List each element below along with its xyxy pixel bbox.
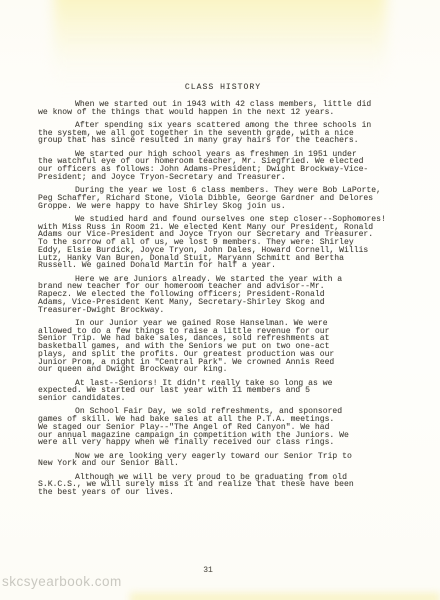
paragraph: In our Junior year we gained Rose Hansel…: [38, 320, 408, 374]
paragraph: When we started out in 1943 with 42 clas…: [38, 101, 408, 117]
paragraph: During the year we lost 6 class members.…: [38, 187, 408, 210]
page-title: CLASS HISTORY: [38, 84, 408, 92]
paragraph: After spending six years scattered among…: [38, 122, 408, 145]
paragraph: At last--Seniors! It didn't really take …: [38, 380, 408, 403]
page-body: CLASS HISTORY When we started out in 194…: [38, 84, 408, 502]
watermark: skcsyearbook.com: [2, 574, 122, 589]
paragraph: On School Fair Day, we sold refreshments…: [38, 408, 408, 447]
scan-discoloration-bottom: [130, 593, 440, 600]
paragraph: We studied hard and found ourselves one …: [38, 216, 408, 270]
paragraph: Here we are Juniors already. We started …: [38, 276, 408, 315]
paragraph: Now we are looking very eagerly toward o…: [38, 453, 408, 469]
scanned-yearbook-page: CLASS HISTORY When we started out in 194…: [0, 0, 440, 600]
paragraph: Although we will be very proud to be gra…: [38, 474, 408, 497]
scan-discoloration-top: [54, 0, 386, 90]
paragraph: We started our high school years as fres…: [38, 151, 408, 182]
